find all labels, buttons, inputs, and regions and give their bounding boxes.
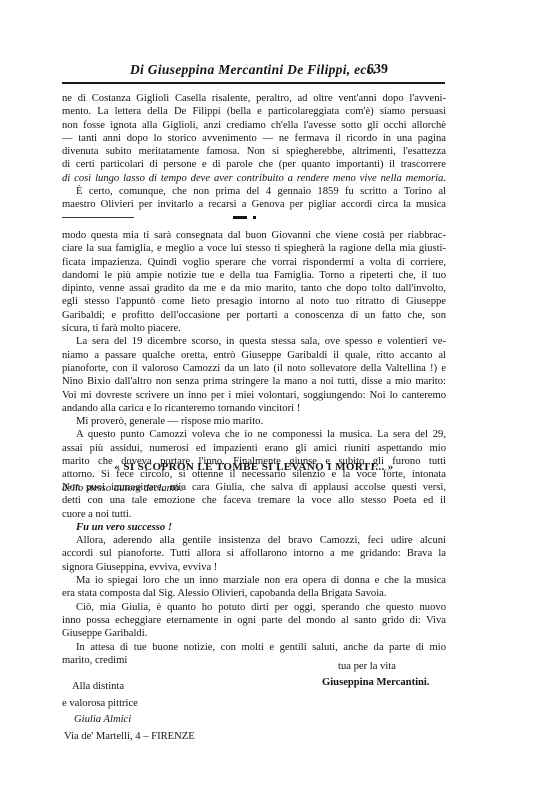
text-line: niamo a passare qualche oretta, entrò Gi… (62, 349, 446, 362)
text-line: Giuseppe Garibaldi. (62, 627, 446, 640)
header-rule (62, 82, 445, 84)
text-line: egli stesso l'appuntò come lieto presagi… (62, 295, 446, 308)
text-line: — tanti anni dopo lo storico avvenimento… (62, 132, 446, 145)
letter-continuation: Non puoi immaginare, mia cara Giulia, ch… (62, 481, 446, 667)
text-line: Garibaldi; e profitto dell'occasione per… (62, 309, 446, 322)
text-line: detti con una tale emozione che faceva t… (62, 494, 446, 507)
text-line: accordi sul pianoforte. Tutti allora si … (62, 547, 446, 560)
text-line: ficata impazienza. Quindi voglio sperare… (62, 256, 446, 269)
footnote-rule (62, 217, 134, 218)
text-line: pianoforte, con il valoroso Camozzi da u… (62, 362, 446, 375)
section-separator (62, 216, 446, 222)
text-line: Ma io spiegai loro che un inno marziale … (62, 574, 446, 587)
text-line: ciare la sua famiglia, e meglio a voce l… (62, 242, 446, 255)
text-line: dipinto, venne assai gradito da me e da … (62, 282, 446, 295)
text-line: Ciò, mia Giulia, è quanto ho potuto dirt… (62, 601, 446, 614)
document-page: Di Giuseppina Mercantini De Filippi, ecc… (0, 0, 550, 805)
intro-paragraphs: ne di Costanza Giglioli Casella risalent… (62, 92, 446, 212)
text-line: andando alla carica e lo ricanteremo tor… (62, 402, 446, 415)
text-line: assai più assidui, numerosi ed impazient… (62, 442, 446, 455)
text-line: mento. La lettera della De Filippi (bell… (62, 105, 446, 118)
text-line: Nino Bixio dall'altro non senza prima st… (62, 375, 446, 388)
text-line: In attesa di tue buone notizie, con molt… (62, 641, 446, 654)
text-line: Allora, aderendo alla gentile insistenza… (62, 534, 446, 547)
text-line: A questo punto Camozzi voleva che io ne … (62, 428, 446, 441)
text-line: sicura, ti farà molto piacere. (62, 322, 446, 335)
address-line-2: e valorosa pittrice (62, 697, 138, 711)
verse-quote: « SI SCOPRON LE TOMBE SI LEVANO I MORTI.… (62, 461, 446, 473)
text-line: È certo, comunque, che non prima del 4 g… (62, 185, 446, 198)
closing-line: tua per la vita (338, 660, 396, 674)
text-line: modo questa mia ti sarà consegnata dal b… (62, 229, 446, 242)
text-line: La sera del 19 dicembre scorso, in quest… (62, 335, 446, 348)
separator-dot (253, 216, 256, 219)
text-line: di certi particolari di persone e di par… (62, 158, 446, 171)
text-line: Mi proverò, generale — rispose mio marit… (62, 415, 446, 428)
text-line: Voi mi dovreste scrivere un inno per i m… (62, 389, 446, 402)
text-line: dandomi le più ampie notizie tue e della… (62, 269, 446, 282)
text-line: signora Giuseppina, evviva, evviva ! (62, 561, 446, 574)
running-head-title: Di Giuseppina Mercantini De Filippi, ecc… (130, 62, 377, 78)
text-line: di così lungo lasso di tempo deve aver c… (62, 172, 446, 185)
text-line: Non puoi immaginare, mia cara Giulia, ch… (62, 481, 446, 494)
text-line: ne di Costanza Giglioli Casella risalent… (62, 92, 446, 105)
address-street: Via de' Martelli, 4 – FIRENZE (64, 730, 195, 744)
text-line: era stata composta dal Sig. Alessio Oliv… (62, 587, 446, 600)
address-line-1: Alla distinta (72, 680, 124, 694)
text-line: Fu un vero successo ! (62, 521, 446, 534)
text-line: divenuta subito meritatamente famosa. No… (62, 145, 446, 158)
text-line: cuore a noi tutti. (62, 508, 446, 521)
text-line: inno possa echeggiare eternamente in ogn… (62, 614, 446, 627)
address-recipient: Giulia Almici (74, 713, 131, 727)
text-line: non fosse ignota alla Giglioli, anzi cre… (62, 119, 446, 132)
letter-body: modo questa mia ti sarà consegnata dal b… (62, 229, 446, 495)
page-number: 639 (367, 62, 388, 78)
running-head: Di Giuseppina Mercantini De Filippi, ecc… (60, 62, 445, 80)
signature: Giuseppina Mercantini. (322, 676, 430, 690)
text-line: maestro Olivieri per invitarlo a recarsi… (62, 198, 446, 211)
separator-dash (233, 216, 247, 219)
